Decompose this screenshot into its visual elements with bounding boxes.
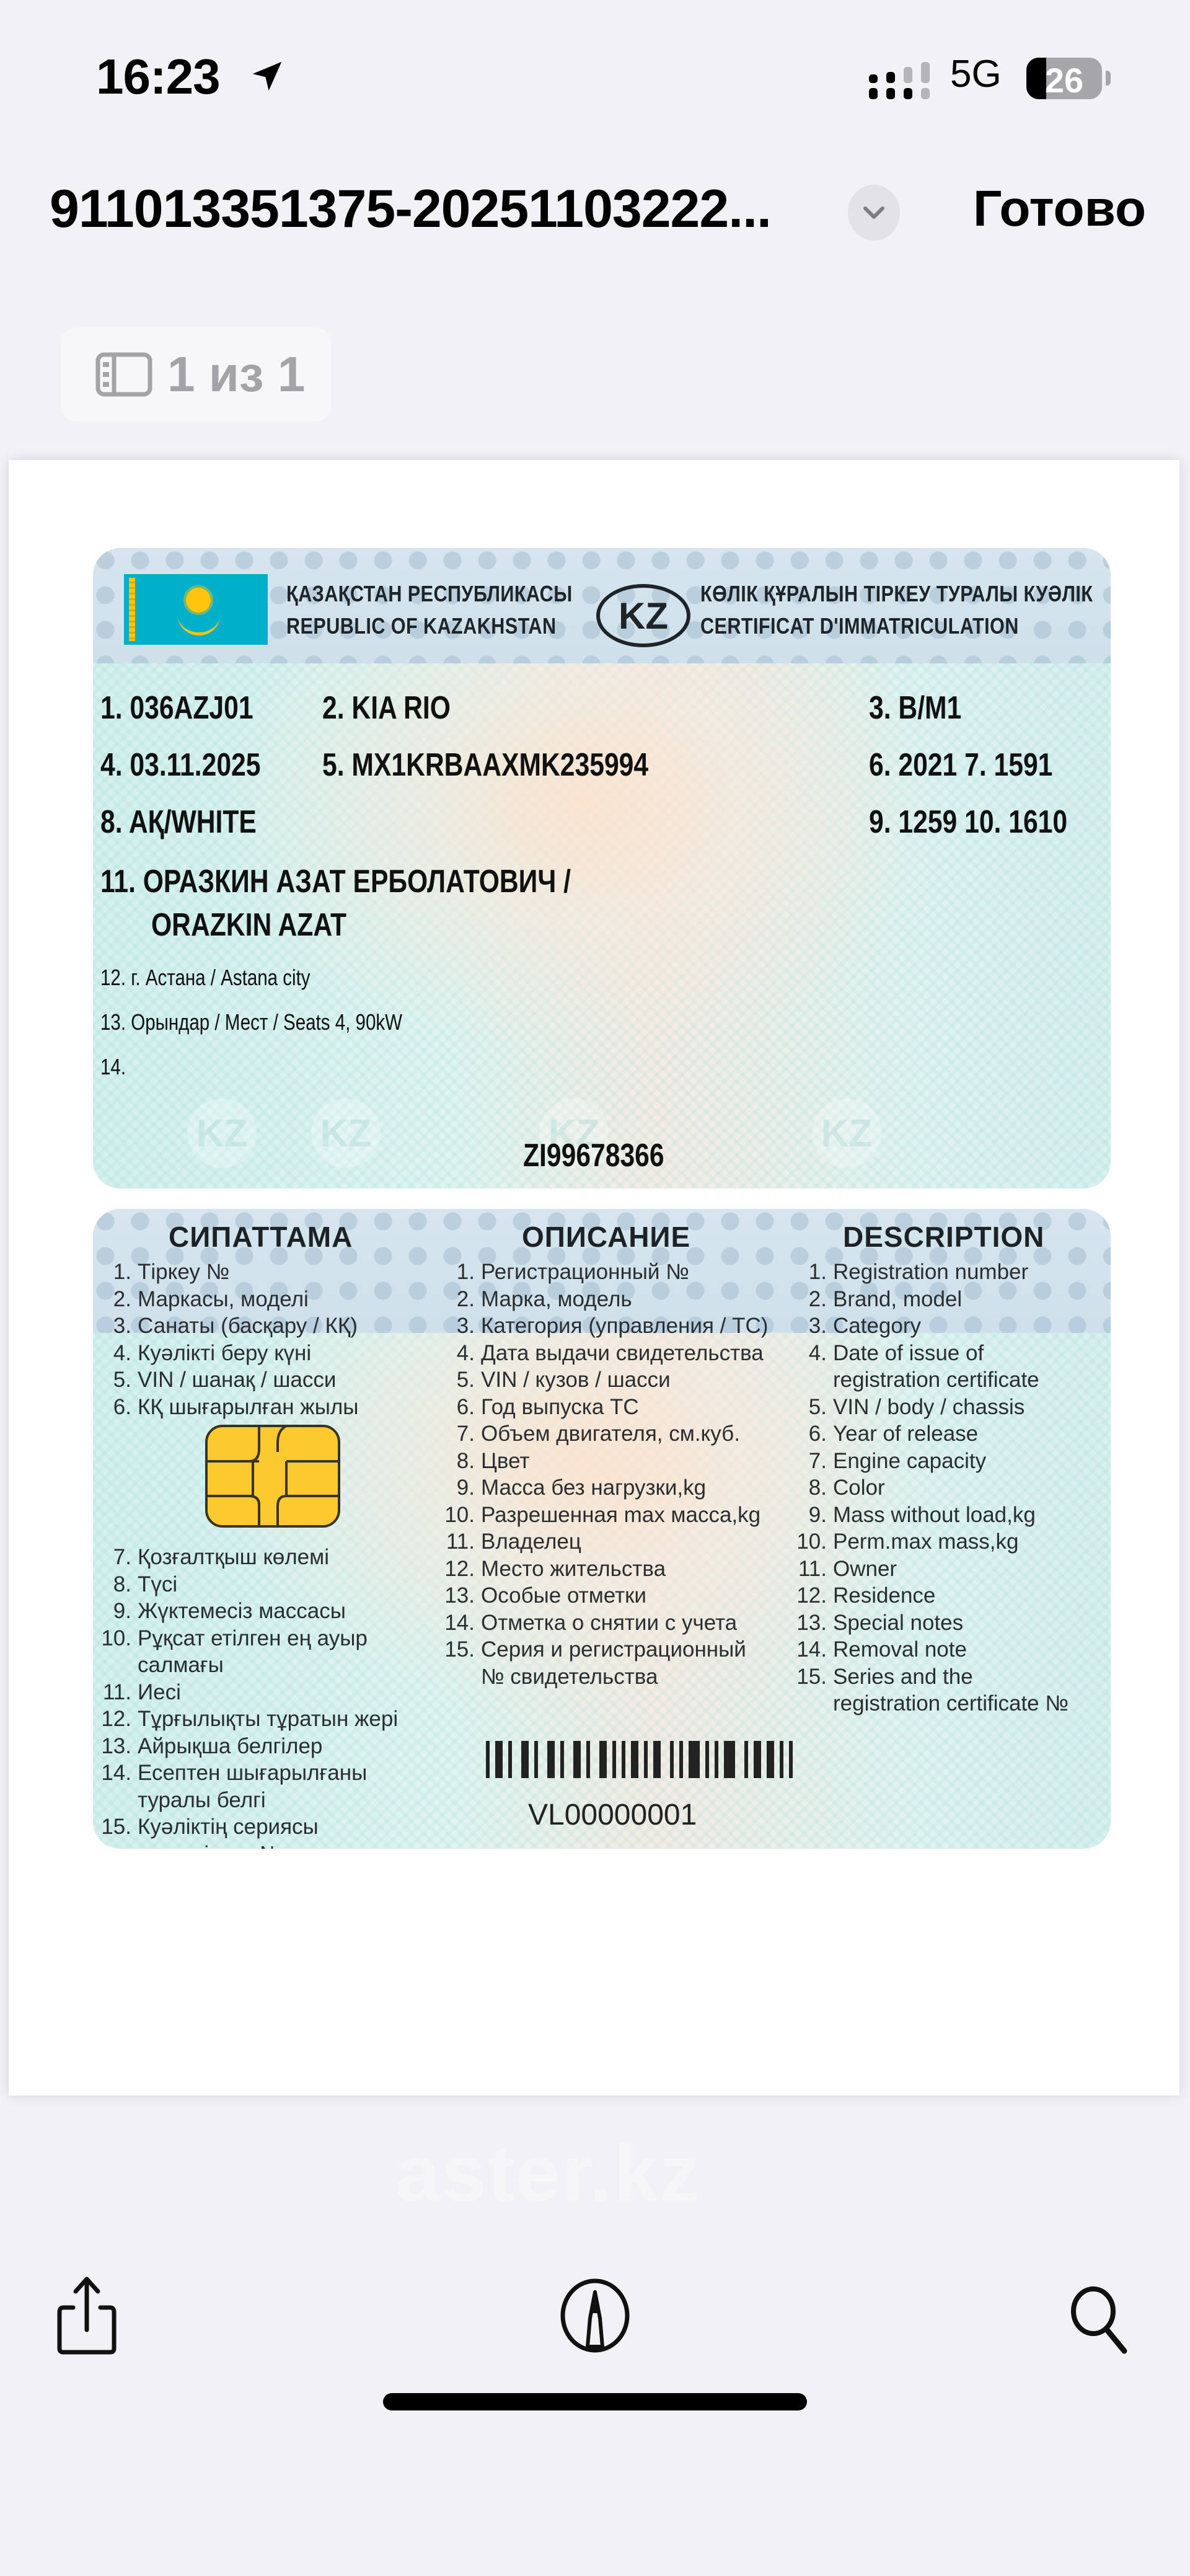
list-item: 13.Айрықша белгілер — [93, 1733, 398, 1760]
item-number: 15. — [93, 1813, 138, 1841]
smart-chip-icon — [205, 1424, 341, 1528]
item-number: 1. — [93, 1259, 138, 1286]
field-registration-number: 1. 036AZJ01 — [100, 689, 253, 727]
list-item: registration certificate — [786, 1366, 1069, 1394]
title-menu-button[interactable] — [848, 185, 900, 241]
list-item: 7.Engine capacity — [786, 1448, 1069, 1475]
list-item: 1.Registration number — [786, 1259, 1069, 1286]
item-number: 10. — [434, 1502, 481, 1529]
column-title-en: DESCRIPTION — [843, 1220, 1044, 1254]
item-label: Марка, модель — [481, 1286, 632, 1313]
list-item: 4.Дата выдачи свидетельства — [434, 1340, 768, 1367]
item-label: VIN / кузов / шасси — [481, 1366, 671, 1394]
list-item: 5.VIN / шанақ / шасси — [93, 1366, 358, 1394]
item-number — [786, 1690, 833, 1717]
item-label: Category — [833, 1312, 921, 1340]
item-number: 9. — [434, 1474, 481, 1502]
item-label: Түсі — [138, 1571, 177, 1598]
list-item: 3.Санаты (басқару / КҚ) — [93, 1312, 358, 1340]
item-label: салмағы — [138, 1652, 224, 1679]
list-item: 6.КҚ шығарылған жылы — [93, 1394, 358, 1421]
item-label: Санаты (басқару / КҚ) — [138, 1312, 358, 1340]
list-item: 7.Объем двигателя, см.куб. — [434, 1420, 768, 1448]
barcode-icon — [477, 1741, 874, 1778]
list-item: 9.Масса без нагрузки,kg — [434, 1474, 768, 1502]
item-label: Маркасы, моделі — [138, 1286, 309, 1313]
list-item: 14.Отметка о снятии с учета — [434, 1609, 768, 1637]
item-label: Тіркеу № — [138, 1259, 229, 1286]
item-number: 8. — [786, 1474, 833, 1502]
list-item: 12.Тұрғылықты тұратын жері — [93, 1706, 398, 1733]
title-fr: CERTIFICAT D'IMMATRICULATION — [700, 610, 1093, 642]
field-owner: 11. ОРАЗКИН АЗАТ ЕРБОЛАТОВИЧ / — [100, 863, 571, 900]
done-button[interactable]: Готово — [973, 180, 1146, 238]
document-number: ZI99678366 — [523, 1137, 664, 1174]
list-item: 11.Иесі — [93, 1679, 398, 1706]
list-item: салмағы — [93, 1652, 398, 1679]
field-residence: 12. г. Астана / Astana city — [100, 965, 311, 991]
list-item: 11.Owner — [786, 1556, 1069, 1583]
list-item: 10.Разрешенная max масса,kg — [434, 1502, 768, 1529]
item-number: 4. — [786, 1340, 833, 1367]
item-label: Рұқсат етілген ең ауыр — [138, 1625, 368, 1652]
item-number: 9. — [786, 1502, 833, 1529]
item-label: Color — [833, 1474, 885, 1502]
field-brand-model: 2. KIA RIO — [322, 689, 451, 727]
kz-badge: KZ — [596, 584, 690, 647]
column-title-kk: СИПАТТАМА — [169, 1220, 353, 1254]
battery-level: 26 — [1026, 60, 1102, 99]
list-item: 10.Perm.max mass,kg — [786, 1528, 1069, 1556]
list-item: registration certificate № — [786, 1690, 1069, 1717]
list-item: 5.VIN / body / chassis — [786, 1394, 1069, 1421]
item-label: Айрықша белгілер — [138, 1733, 322, 1760]
field-vin: 5. MX1KRBAAXMK235994 — [322, 746, 648, 784]
item-number: 3. — [93, 1312, 138, 1340]
issuer-header: ҚАЗАҚСТАН РЕСПУБЛИКАСЫ REPUBLIC OF KAZAK… — [286, 578, 573, 642]
signal-strength-icon — [869, 61, 931, 100]
markup-pen-icon[interactable] — [558, 2278, 632, 2353]
list-item: 3.Категория (управления / ТС) — [434, 1312, 768, 1340]
item-number: 11. — [786, 1556, 833, 1583]
item-number: 15. — [434, 1636, 481, 1663]
item-label: Куәлікті беру күні — [138, 1340, 311, 1367]
item-label: Дата выдачи свидетельства — [481, 1340, 764, 1367]
location-arrow-icon — [248, 57, 286, 95]
description-list-kk-continued: 7.Қозғалтқыш көлемі8.Түсі9.Жүктемесіз ма… — [93, 1544, 398, 1849]
home-indicator[interactable] — [383, 2393, 807, 2410]
item-number: 12. — [786, 1582, 833, 1609]
item-label: Removal note — [833, 1636, 967, 1663]
item-label: және тіркеу № — [138, 1841, 283, 1849]
list-item: 11.Владелец — [434, 1528, 768, 1556]
item-number: 11. — [93, 1679, 138, 1706]
item-number: 7. — [434, 1420, 481, 1448]
list-item: 9.Жүктемесіз массасы — [93, 1598, 398, 1625]
item-label: Куәліктің сериясы — [138, 1813, 319, 1841]
list-item: 14.Removal note — [786, 1636, 1069, 1663]
list-item: 15.Series and the — [786, 1663, 1069, 1691]
list-item: 2.Марка, модель — [434, 1286, 768, 1313]
list-item: және тіркеу № — [93, 1841, 398, 1849]
item-label: Категория (управления / ТС) — [481, 1312, 768, 1340]
item-number: 6. — [434, 1394, 481, 1421]
list-item: 5.VIN / кузов / шасси — [434, 1366, 768, 1394]
list-item: 12.Residence — [786, 1582, 1069, 1609]
list-item: 15.Серия и регистрационный — [434, 1636, 768, 1663]
network-type: 5G — [950, 52, 1002, 96]
battery-cap — [1106, 71, 1111, 86]
list-item: 12.Место жительства — [434, 1556, 768, 1583]
item-number: 8. — [93, 1571, 138, 1598]
item-label: Жүктемесіз массасы — [138, 1598, 346, 1625]
item-number — [786, 1366, 833, 1394]
list-item: 1.Тіркеу № — [93, 1259, 358, 1286]
item-number: 2. — [786, 1286, 833, 1313]
item-number: 7. — [93, 1544, 138, 1571]
page-indicator[interactable]: 1 из 1 — [61, 327, 331, 422]
item-number: 5. — [434, 1366, 481, 1394]
field-color: 8. AҚ/WHITE — [100, 803, 257, 841]
field-issue-date: 4. 03.11.2025 — [100, 746, 260, 784]
item-number: 1. — [786, 1259, 833, 1286]
item-label: Registration number — [833, 1259, 1028, 1286]
list-item: 9.Mass without load,kg — [786, 1502, 1069, 1529]
item-label: Owner — [833, 1556, 897, 1583]
field-special-notes: 14. — [100, 1054, 126, 1080]
item-number: 2. — [93, 1286, 138, 1313]
item-label: Perm.max mass,kg — [833, 1528, 1019, 1556]
item-number — [434, 1663, 481, 1691]
item-number — [93, 1787, 138, 1814]
item-label: Место жительства — [481, 1556, 666, 1583]
search-icon[interactable] — [1066, 2282, 1134, 2356]
item-label: Year of release — [833, 1420, 978, 1448]
item-number: 6. — [786, 1420, 833, 1448]
field-seats-power: 13. Орындар / Мест / Seats 4, 90kW — [100, 1009, 402, 1035]
item-number: 13. — [93, 1733, 138, 1760]
list-item: 2.Маркасы, моделі — [93, 1286, 358, 1313]
list-item: 13.Special notes — [786, 1609, 1069, 1637]
item-label: Владелец — [481, 1528, 581, 1556]
list-item: 2.Brand, model — [786, 1286, 1069, 1313]
item-label: Special notes — [833, 1609, 963, 1637]
sidebar-icon — [95, 352, 152, 397]
list-item: 6.Год выпуска ТС — [434, 1394, 768, 1421]
status-time: 16:23 — [96, 48, 220, 105]
kz-watermark: KZ — [187, 1099, 257, 1168]
item-label: Отметка о снятии с учета — [481, 1609, 737, 1637]
item-label: Особые отметки — [481, 1582, 646, 1609]
list-item: 7.Қозғалтқыш көлемі — [93, 1544, 398, 1571]
certificate-title: КӨЛІК ҚҰРАЛЫН ТІРКЕУ ТУРАЛЫ КУӘЛІК CERTI… — [700, 578, 1093, 642]
certificate-front: ҚАЗАҚСТАН РЕСПУБЛИКАСЫ REPUBLIC OF KAZAK… — [93, 548, 1111, 1188]
item-label: Иесі — [138, 1679, 181, 1706]
serial-number: VL00000001 — [528, 1798, 697, 1832]
list-item: 1.Регистрационный № — [434, 1259, 768, 1286]
item-label: Residence — [833, 1582, 935, 1609]
item-number: 12. — [434, 1556, 481, 1583]
item-label: туралы белгі — [138, 1787, 266, 1814]
list-item: 15.Куәліктің сериясы — [93, 1813, 398, 1841]
item-label: Масса без нагрузки,kg — [481, 1474, 706, 1502]
item-label: VIN / шанақ / шасси — [138, 1366, 336, 1394]
item-number: 13. — [434, 1582, 481, 1609]
kz-watermark: KZ — [311, 1099, 381, 1168]
description-list-ru: 1.Регистрационный №2.Марка, модель3.Кате… — [434, 1259, 768, 1690]
item-number: 13. — [786, 1609, 833, 1637]
field-year-engine: 6. 2021 7. 1591 — [869, 746, 1052, 784]
list-item: 10.Рұқсат етілген ең ауыр — [93, 1625, 398, 1652]
item-number: 1. — [434, 1259, 481, 1286]
item-number: 10. — [93, 1625, 138, 1652]
list-item: 8.Color — [786, 1474, 1069, 1502]
item-number: 3. — [786, 1312, 833, 1340]
item-label: Объем двигателя, см.куб. — [481, 1420, 740, 1448]
list-item: 4.Date of issue of — [786, 1340, 1069, 1367]
item-label: Регистрационный № — [481, 1259, 689, 1286]
item-number: 8. — [434, 1448, 481, 1475]
item-label: Engine capacity — [833, 1448, 986, 1475]
list-item: 6.Year of release — [786, 1420, 1069, 1448]
list-item: туралы белгі — [93, 1787, 398, 1814]
item-number: 5. — [786, 1394, 833, 1421]
description-list-en: 1.Registration number2.Brand, model3.Cat… — [786, 1259, 1069, 1717]
item-number: 4. — [434, 1340, 481, 1367]
column-title-ru: ОПИСАНИЕ — [522, 1220, 690, 1254]
list-item: 8.Цвет — [434, 1448, 768, 1475]
battery-indicator: 26 — [1026, 58, 1102, 99]
item-number: 9. — [93, 1598, 138, 1625]
item-label: Разрешенная max масса,kg — [481, 1502, 760, 1529]
item-number: 14. — [93, 1759, 138, 1787]
field-category: 3. B/M1 — [869, 689, 961, 727]
kazakhstan-flag-icon — [124, 574, 268, 645]
page-count-text: 1 из 1 — [167, 346, 305, 403]
item-label: Date of issue of — [833, 1340, 984, 1367]
list-item: 8.Түсі — [93, 1571, 398, 1598]
header-kk: ҚАЗАҚСТАН РЕСПУБЛИКАСЫ — [286, 578, 573, 610]
list-item: 4.Куәлікті беру күні — [93, 1340, 358, 1367]
kz-watermark: KZ — [812, 1099, 881, 1168]
description-list-kk: 1.Тіркеу №2.Маркасы, моделі3.Санаты (бас… — [93, 1259, 358, 1420]
item-number: 14. — [434, 1609, 481, 1637]
item-number — [93, 1841, 138, 1849]
field-mass: 9. 1259 10. 1610 — [869, 803, 1067, 841]
item-label: Mass without load,kg — [833, 1502, 1036, 1529]
item-label: Тұрғылықты тұратын жері — [138, 1706, 398, 1733]
item-number: 14. — [786, 1636, 833, 1663]
item-label: registration certificate — [833, 1366, 1039, 1394]
title-kk: КӨЛІК ҚҰРАЛЫН ТІРКЕУ ТУРАЛЫ КУӘЛІК — [700, 578, 1093, 610]
item-number: 12. — [93, 1706, 138, 1733]
item-label: Есептен шығарылғаны — [138, 1759, 367, 1787]
header-en: REPUBLIC OF KAZAKHSTAN — [286, 610, 573, 642]
item-number: 4. — [93, 1340, 138, 1367]
share-icon[interactable] — [55, 2275, 119, 2356]
item-number: 7. — [786, 1448, 833, 1475]
item-label: Қозғалтқыш көлемі — [138, 1544, 329, 1571]
item-label: Brand, model — [833, 1286, 962, 1313]
item-number: 5. — [93, 1366, 138, 1394]
item-label: № свидетельства — [481, 1663, 658, 1691]
item-number — [93, 1652, 138, 1679]
item-number: 3. — [434, 1312, 481, 1340]
item-number: 2. — [434, 1286, 481, 1313]
item-label: КҚ шығарылған жылы — [138, 1394, 358, 1421]
item-label: Series and the — [833, 1663, 973, 1691]
site-watermark: aster.kz — [395, 2127, 701, 2220]
item-number: 6. — [93, 1394, 138, 1421]
certificate-back: СИПАТТАМА ОПИСАНИЕ DESCRIPTION 1.Тіркеу … — [93, 1209, 1111, 1849]
item-number: 10. — [786, 1528, 833, 1556]
item-label: VIN / body / chassis — [833, 1394, 1025, 1421]
document-title[interactable]: 911013351375-20251103222... — [50, 179, 771, 240]
item-label: Цвет — [481, 1448, 529, 1475]
list-item: 13.Особые отметки — [434, 1582, 768, 1609]
list-item: № свидетельства — [434, 1663, 768, 1691]
item-label: registration certificate № — [833, 1690, 1069, 1717]
list-item: 14.Есептен шығарылғаны — [93, 1759, 398, 1787]
field-owner-latin: ORAZKIN AZAT — [151, 906, 346, 944]
item-label: Серия и регистрационный — [481, 1636, 746, 1663]
chevron-down-icon — [862, 203, 886, 222]
item-number: 15. — [786, 1663, 833, 1691]
item-number: 11. — [434, 1528, 481, 1556]
item-label: Год выпуска ТС — [481, 1394, 639, 1421]
list-item: 3.Category — [786, 1312, 1069, 1340]
